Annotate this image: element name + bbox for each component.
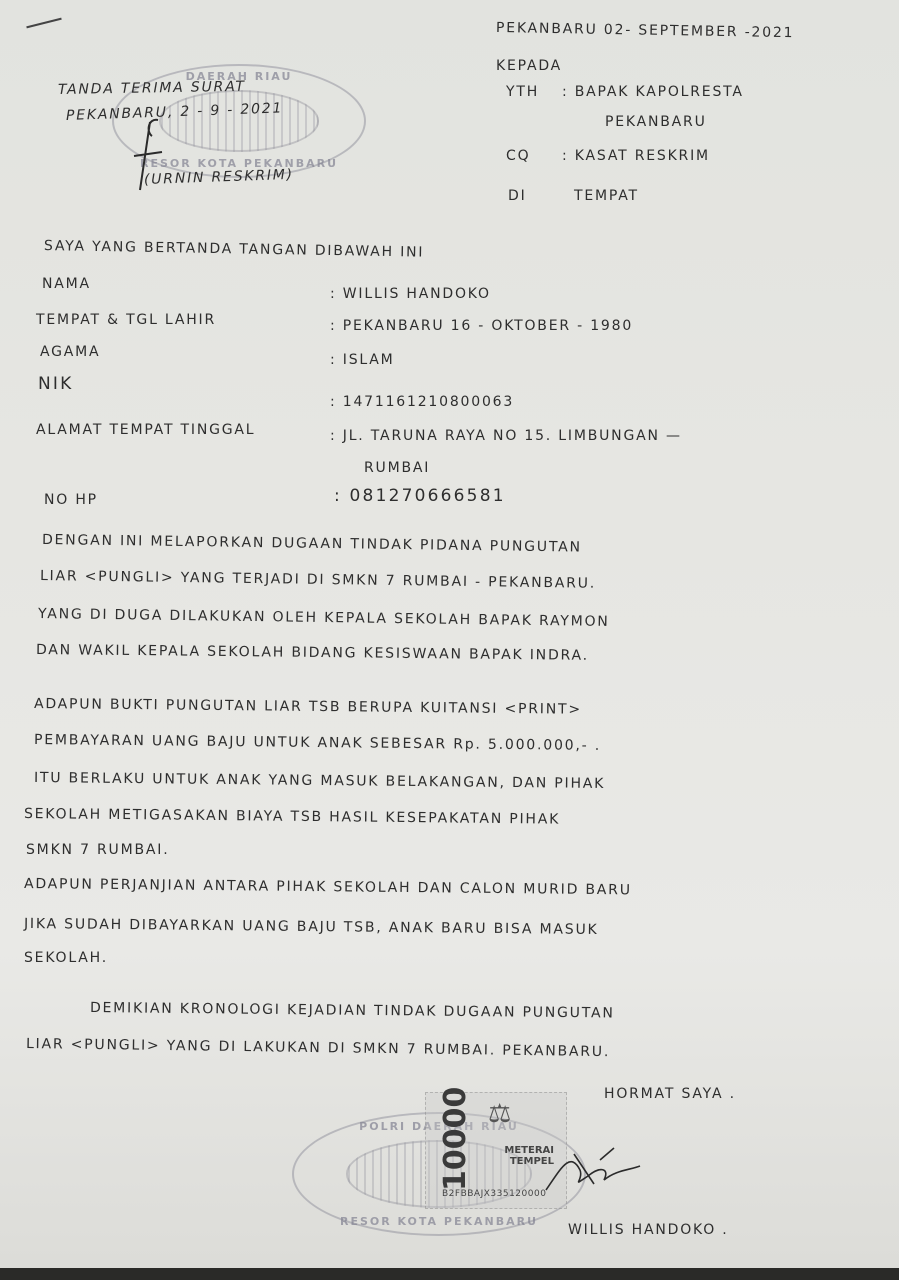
p1-line-1: DENGAN INI MELAPORKAN DUGAAN TINDAK PIDA…: [42, 532, 582, 556]
meterai-value: 10000: [438, 1101, 478, 1191]
identity-value-alamat-2: RUMBAI: [364, 460, 430, 476]
p2-line-1: ADAPUN BUKTI PUNGUTAN LIAR TSB BERUPA KU…: [34, 696, 582, 718]
p1-line-2: LIAR <PUNGLI> YANG TERJADI DI SMKN 7 RUM…: [40, 568, 596, 592]
identity-value-agama: : ISLAM: [330, 352, 395, 368]
intro-line: SAYA YANG BERTANDA TANGAN DIBAWAH INI: [44, 238, 425, 261]
identity-value-nama: : WILLIS HANDOKO: [330, 286, 491, 302]
identity-value-nohp: : 081270666581: [334, 486, 506, 506]
yth-value: : BAPAK KAPOLRESTA: [562, 84, 744, 100]
p4-line-1: DEMIKIAN KRONOLOGI KEJADIAN TINDAK DUGAA…: [90, 1000, 615, 1021]
identity-label-nohp: NO HP: [44, 492, 98, 508]
p3-line-3: SEKOLAH.: [24, 950, 108, 966]
p1-line-3: YANG DI DUGA DILAKUKAN OLEH KEPALA SEKOL…: [38, 606, 610, 630]
p4-line-2: LIAR <PUNGLI> YANG DI LAKUKAN DI SMKN 7 …: [26, 1036, 610, 1060]
identity-label-nama: NAMA: [42, 276, 91, 292]
p1-line-4: DAN WAKIL KEPALA SEKOLAH BIDANG KESISWAA…: [36, 642, 589, 664]
cq-value: : KASAT RESKRIM: [562, 148, 710, 164]
signer-name: WILLIS HANDOKO .: [568, 1222, 729, 1238]
meterai-serial: B2FBBAJX335120000: [442, 1189, 546, 1199]
identity-label-nik: NIK: [38, 374, 73, 394]
identity-label-ttl: TEMPAT & TGL LAHIR: [36, 312, 216, 328]
letter-place-date: PEKANBARU 02- SEPTEMBER -2021: [496, 20, 795, 41]
stray-pen-mark: [26, 18, 61, 29]
p2-line-2: PEMBAYARAN UANG BAJU UNTUK ANAK SEBESAR …: [34, 732, 601, 754]
letter-page: DAERAH RIAU RESOR KOTA PEKANBARU TANDA T…: [0, 0, 899, 1268]
cq-label: CQ: [506, 148, 530, 164]
identity-value-alamat: : JL. TARUNA RAYA NO 15. LIMBUNGAN —: [330, 428, 682, 444]
identity-value-ttl: : PEKANBARU 16 - OKTOBER - 1980: [330, 318, 633, 334]
yth-label: YTH: [506, 84, 539, 100]
identity-label-agama: AGAMA: [40, 344, 100, 360]
di-value: TEMPAT: [574, 188, 639, 204]
p2-line-4: SEKOLAH METIGASAKAN BIAYA TSB HASIL KESE…: [24, 806, 560, 828]
p2-line-5: SMKN 7 RUMBAI.: [26, 842, 169, 858]
yth-value-city: PEKANBARU: [605, 114, 707, 130]
di-label: DI: [508, 188, 527, 204]
identity-value-nik: : 1471161210800063: [330, 394, 514, 410]
garuda-emblem-icon: ⚖: [488, 1099, 511, 1129]
p3-line-2: JIKA SUDAH DIBAYARKAN UANG BAJU TSB, ANA…: [24, 916, 599, 938]
closing-greeting: HORMAT SAYA .: [604, 1086, 736, 1102]
kepada-label: KEPADA: [496, 58, 562, 74]
p3-line-1: ADAPUN PERJANJIAN ANTARA PIHAK SEKOLAH D…: [24, 876, 632, 898]
signer-signature: [540, 1140, 660, 1200]
receipt-note-title: TANDA TERIMA SURAT: [58, 79, 246, 98]
identity-label-alamat: ALAMAT TEMPAT TINGGAL: [36, 422, 255, 438]
p2-line-3: ITU BERLAKU UNTUK ANAK YANG MASUK BELAKA…: [34, 770, 605, 792]
